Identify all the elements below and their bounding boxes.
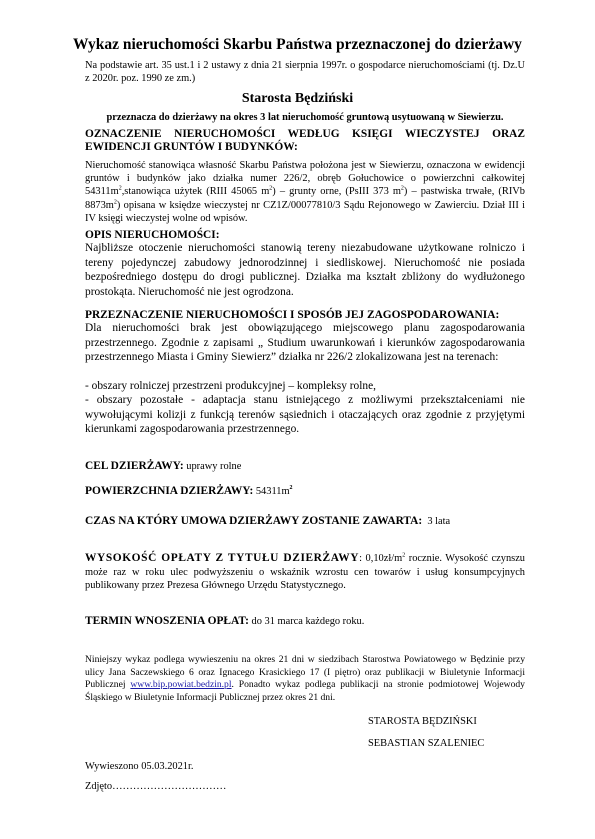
description-heading: OPIS NIERUCHOMOŚCI: — [85, 229, 525, 241]
designation-heading-line1: OZNACZENIE NIERUCHOMOŚCI WEDŁUG KSIĘGI W… — [85, 128, 525, 140]
zoning-heading: PRZEZNACZENIE NIERUCHOMOŚCI I SPOSÓB JEJ… — [85, 309, 525, 321]
description-text: Najbliższe otoczenie nieruchomości stano… — [85, 241, 525, 299]
posted-date: Wywieszono 05.03.2021r. — [85, 761, 193, 772]
document-title: Wykaz nieruchomości Skarbu Państwa przez… — [0, 36, 595, 54]
zoning-item-2: - obszary pozostałe - adaptacja stanu is… — [85, 393, 525, 437]
zoning-item-1: - obszary rolniczej przestrzeni produkcy… — [85, 379, 525, 394]
lease-term: CZAS NA KTÓRY UMOWA DZIERŻAWY ZOSTANIE Z… — [85, 515, 525, 527]
lease-purpose: CEL DZIERŻAWY: uprawy rolne — [85, 460, 525, 472]
publication-notice: Niniejszy wykaz podlega wywieszeniu na o… — [85, 654, 525, 704]
authority-heading: Starosta Będziński — [0, 91, 595, 107]
bip-link[interactable]: www.bip.powiat.bedzin.pl — [130, 679, 231, 690]
designation-heading-line2: EWIDENCJI GRUNTÓW I BUDYNKÓW: — [85, 141, 525, 153]
signature-name: SEBASTIAN SZALENIEC — [368, 738, 484, 749]
removed-date: Zdjęto…………………………… — [85, 781, 226, 792]
lease-fee: WYSOKOŚĆ OPŁATY Z TYTUŁU DZIERŻAWY: 0,10… — [85, 552, 525, 593]
legal-basis: Na podstawie art. 35 ust.1 i 2 ustawy z … — [85, 60, 525, 85]
signature-title: STAROSTA BĘDZIŃSKI — [368, 716, 477, 727]
zoning-text: Dla nieruchomości brak jest obowiązujące… — [85, 321, 525, 365]
purpose-statement: przeznacza do dzierżawy na okres 3 lat n… — [85, 112, 525, 123]
payment-deadline: TERMIN WNOSZENIA OPŁAT: do 31 marca każd… — [85, 615, 525, 627]
lease-area: POWIERZCHNIA DZIERŻAWY: 54311m2 — [85, 485, 525, 497]
designation-text: Nieruchomość stanowiąca własność Skarbu … — [85, 159, 525, 225]
